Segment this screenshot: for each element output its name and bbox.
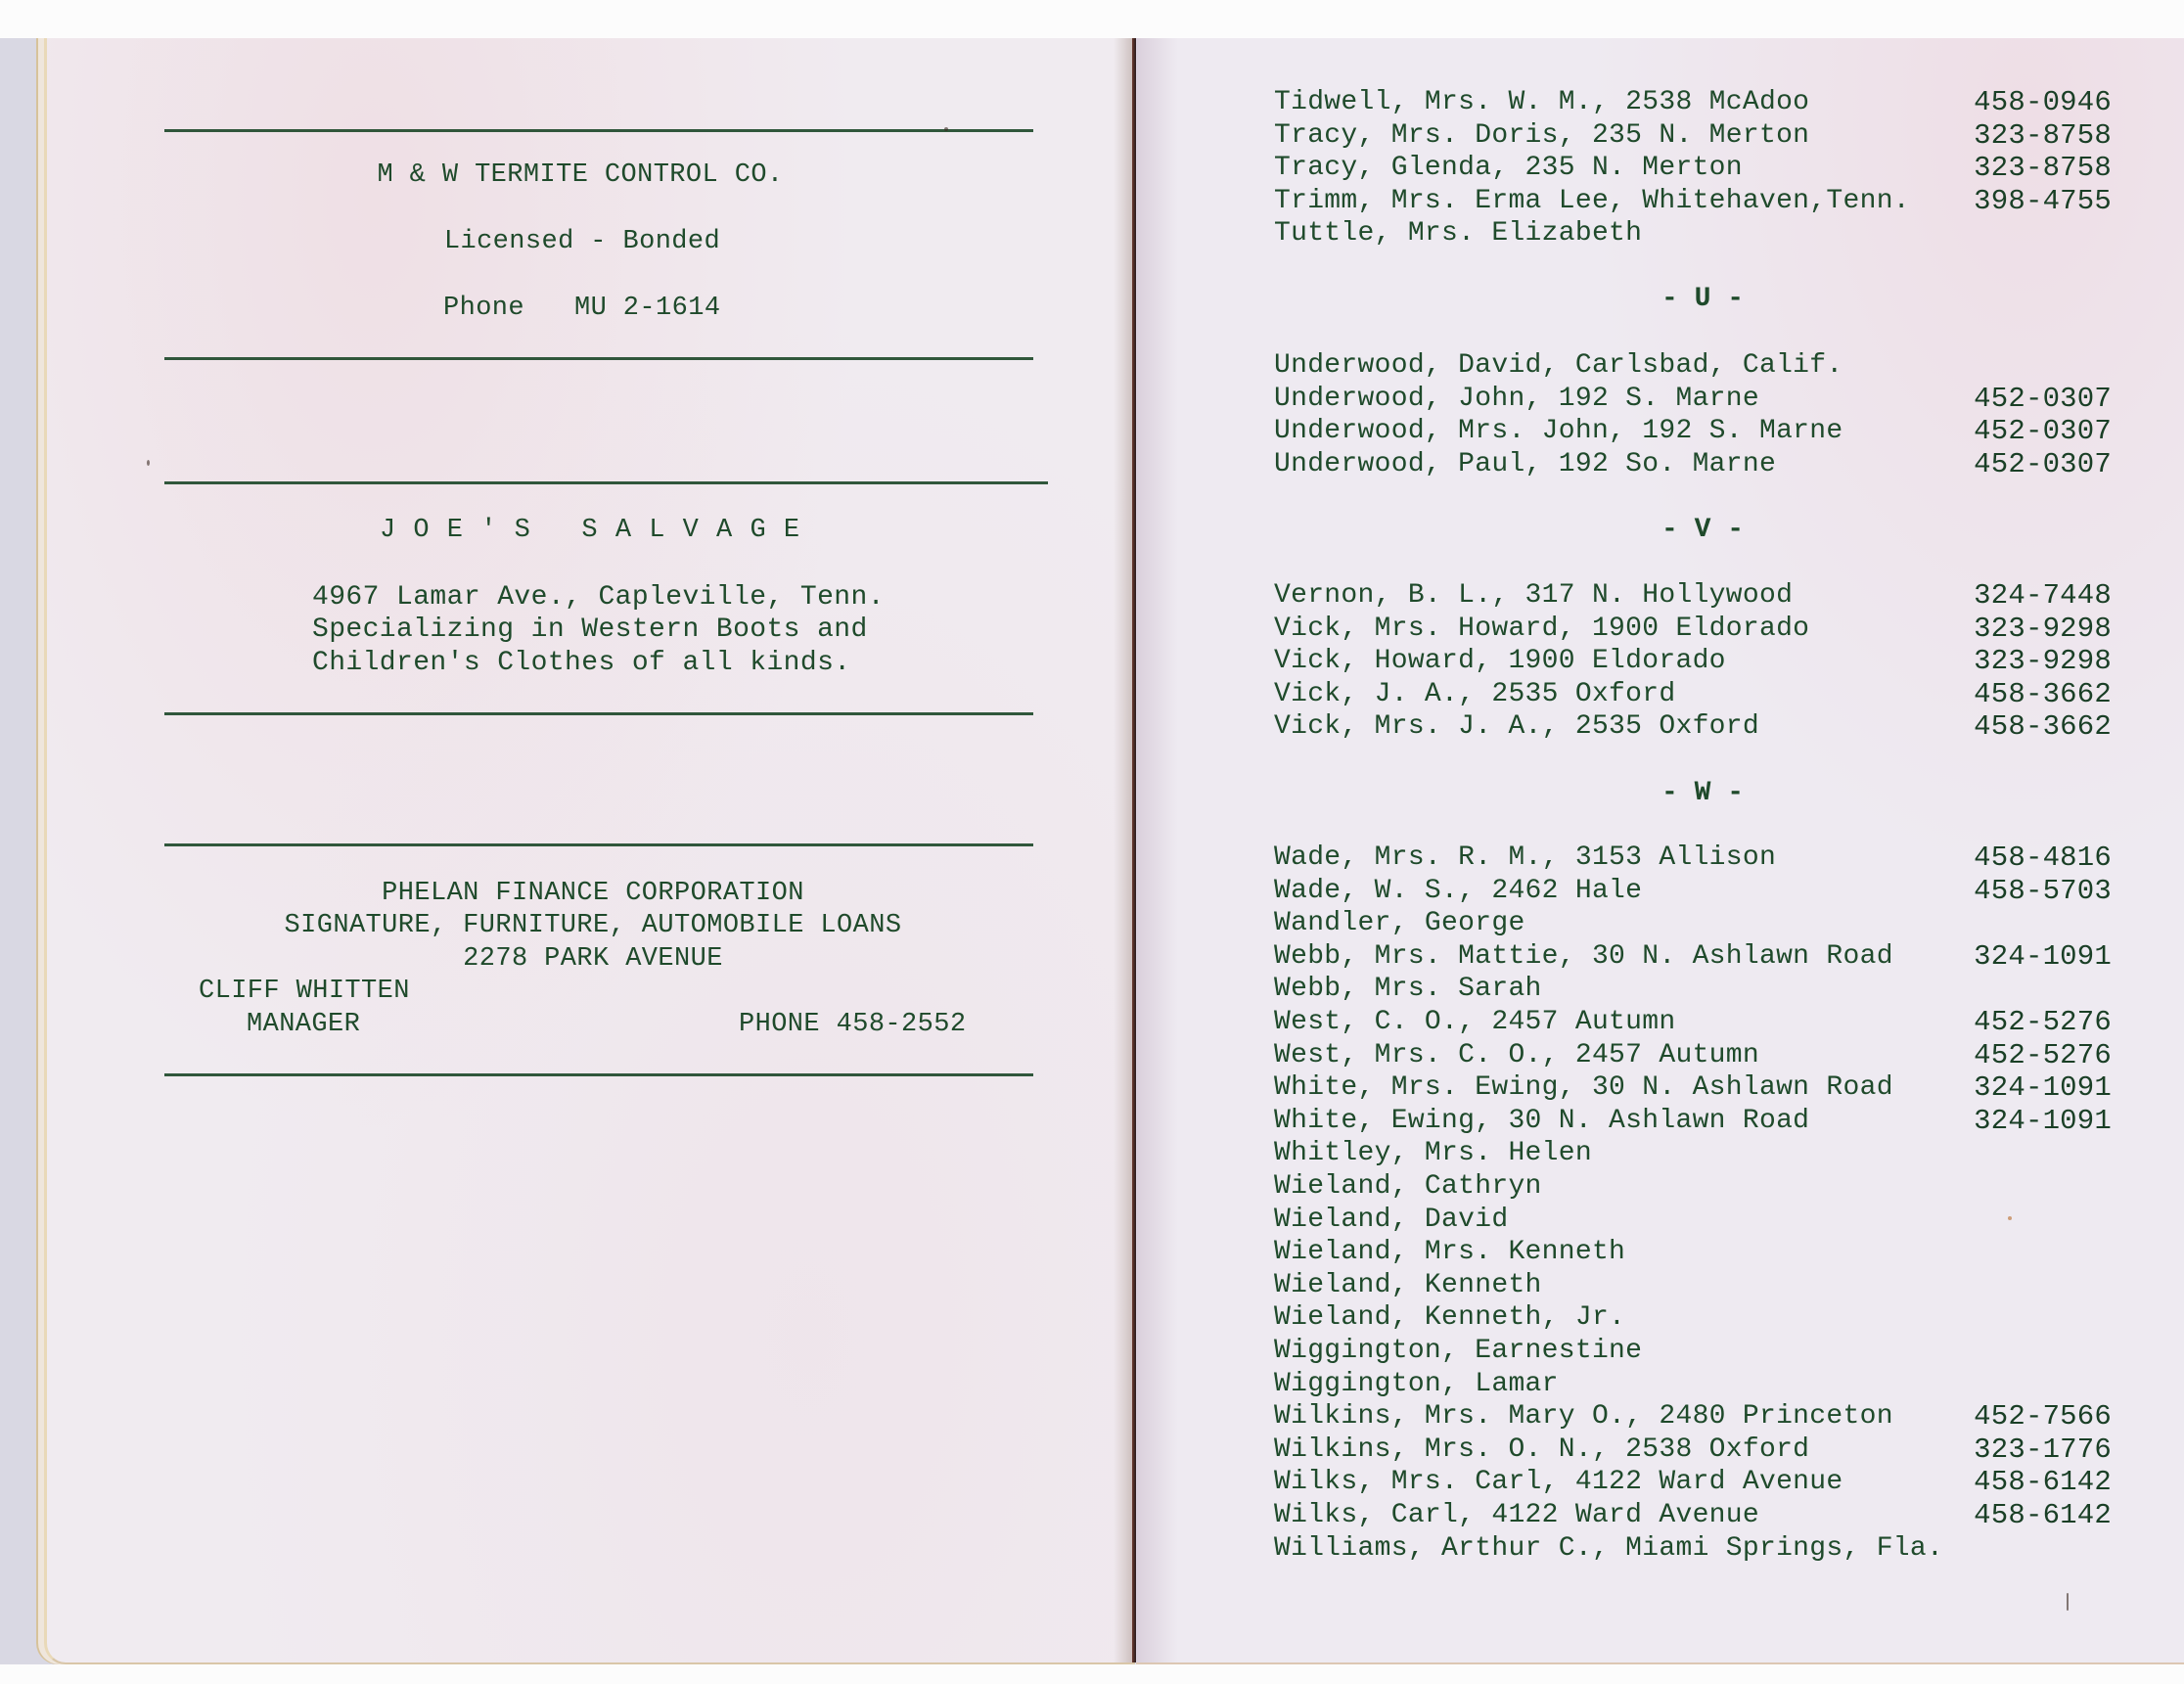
entry-name-address: Tracy, Mrs. Doris, 235 N. Merton: [1274, 121, 1809, 151]
entry-phone: 324-1091: [1974, 1073, 2112, 1103]
entry-phone: 323-9298: [1974, 647, 2112, 676]
directory-entry: Vernon, B. L., 317 N. Hollywood324-7448: [1274, 581, 2112, 614]
directory-entry: Vick, J. A., 2535 Oxford458-3662: [1274, 680, 2112, 713]
entry-name-address: Tidwell, Mrs. W. M., 2538 McAdoo: [1274, 88, 1809, 117]
directory-entry: Trimm, Mrs. Erma Lee, Whitehaven,Tenn.39…: [1274, 187, 2112, 220]
directory-entry: Vick, Mrs. J. A., 2535 Oxford458-3662: [1274, 712, 2112, 746]
directory-entry: Vick, Howard, 1900 Eldorado323-9298: [1274, 647, 2112, 680]
ad-phone: PHONE 458-2552: [739, 1012, 966, 1038]
divider-rule: [164, 481, 1048, 484]
entry-phone: 458-6142: [1974, 1468, 2112, 1497]
directory-entry: Underwood, Mrs. John, 192 S. Marne452-03…: [1274, 417, 2112, 450]
directory-entry: Wade, Mrs. R. M., 3153 Allison458-4816: [1274, 843, 2112, 877]
entry-name-address: Underwood, Mrs. John, 192 S. Marne: [1274, 417, 1843, 446]
directory-entry: Wieland, Kenneth, Jr.: [1274, 1303, 2112, 1337]
section-letter-heading: - W -: [1661, 779, 1744, 808]
directory-entry: Vick, Mrs. Howard, 1900 Eldorado323-9298: [1274, 614, 2112, 648]
directory-entry: West, Mrs. C. O., 2457 Autumn452-5276: [1274, 1041, 2112, 1074]
ad-address: 2278 PARK AVENUE: [463, 946, 723, 973]
directory-entry: Wilks, Mrs. Carl, 4122 Ward Avenue458-61…: [1274, 1468, 2112, 1501]
ink-speck: [2067, 1593, 2069, 1611]
entry-phone: 458-5703: [1974, 877, 2112, 906]
entry-phone: 452-0307: [1974, 385, 2112, 414]
entry-name-address: Wandler, George: [1274, 909, 1525, 938]
entry-name-address: Tracy, Glenda, 235 N. Merton: [1274, 154, 1743, 183]
entry-phone: 452-0307: [1974, 417, 2112, 446]
directory-entry: Tracy, Mrs. Doris, 235 N. Merton323-8758: [1274, 121, 2112, 155]
directory-entry: Wiggington, Lamar: [1274, 1370, 2112, 1403]
directory-entry: Whitley, Mrs. Helen: [1274, 1139, 2112, 1172]
ink-speck: [944, 127, 948, 131]
entry-name-address: West, C. O., 2457 Autumn: [1274, 1008, 1675, 1037]
directory-entry: Underwood, David, Carlsbad, Calif.: [1274, 351, 2112, 385]
directory-entry: Wieland, Cathryn: [1274, 1172, 2112, 1206]
ad-business-name: M & W TERMITE CONTROL CO.: [377, 162, 783, 189]
directory-entry: Wieland, Mrs. Kenneth: [1274, 1238, 2112, 1271]
entry-phone: 452-0307: [1974, 450, 2112, 479]
ad-phone-label: Phone: [443, 296, 524, 322]
entry-phone: 324-7448: [1974, 581, 2112, 611]
directory-entry: Underwood, Paul, 192 So. Marne452-0307: [1274, 450, 2112, 483]
entry-name-address: Vick, J. A., 2535 Oxford: [1274, 680, 1675, 709]
entry-name-address: Wiggington, Earnestine: [1274, 1337, 1642, 1366]
entry-name-address: Wilks, Carl, 4122 Ward Avenue: [1274, 1501, 1759, 1530]
entry-phone: 458-0946: [1974, 88, 2112, 117]
entry-name-address: Wilkins, Mrs. Mary O., 2480 Princeton: [1274, 1402, 1893, 1432]
entry-phone: 323-1776: [1974, 1435, 2112, 1465]
entry-name-address: Wieland, David: [1274, 1206, 1508, 1235]
ad-address: 4967 Lamar Ave., Capleville, Tenn.: [312, 584, 885, 611]
entry-name-address: Webb, Mrs. Sarah: [1274, 975, 1542, 1004]
directory-entry: Webb, Mrs. Mattie, 30 N. Ashlawn Road324…: [1274, 942, 2112, 976]
ink-speck: [2008, 1216, 2012, 1220]
entry-name-address: Williams, Arthur C., Miami Springs, Fla.: [1274, 1534, 1943, 1564]
directory-entry: Webb, Mrs. Sarah: [1274, 975, 2112, 1008]
entry-phone: 452-5276: [1974, 1041, 2112, 1070]
entry-phone: 458-6142: [1974, 1501, 2112, 1530]
section-letter-heading: - U -: [1661, 285, 1744, 314]
entry-phone: 324-1091: [1974, 1107, 2112, 1136]
entry-name-address: Whitley, Mrs. Helen: [1274, 1139, 1592, 1168]
divider-rule: [164, 712, 1033, 715]
entry-name-address: Vick, Mrs. Howard, 1900 Eldorado: [1274, 614, 1809, 644]
divider-rule: [164, 129, 1033, 132]
entry-name-address: Wilks, Mrs. Carl, 4122 Ward Avenue: [1274, 1468, 1843, 1497]
entry-name-address: Wade, W. S., 2462 Hale: [1274, 877, 1642, 906]
directory-entry: Wade, W. S., 2462 Hale458-5703: [1274, 877, 2112, 910]
entry-name-address: Wieland, Cathryn: [1274, 1172, 1542, 1202]
directory-entry: Wilkins, Mrs. Mary O., 2480 Princeton452…: [1274, 1402, 2112, 1435]
ad-description-line: Specializing in Western Boots and: [312, 616, 868, 643]
directory-entry: Tracy, Glenda, 235 N. Merton323-8758: [1274, 154, 2112, 187]
directory-entry: West, C. O., 2457 Autumn452-5276: [1274, 1008, 2112, 1041]
entry-phone: 323-9298: [1974, 614, 2112, 644]
entry-name-address: Wilkins, Mrs. O. N., 2538 Oxford: [1274, 1435, 1809, 1465]
entry-phone: 458-3662: [1974, 680, 2112, 709]
directory-entry: Wilks, Carl, 4122 Ward Avenue458-6142: [1274, 1501, 2112, 1534]
ad-description-line: Children's Clothes of all kinds.: [312, 650, 851, 676]
directory-entry: Wandler, George: [1274, 909, 2112, 942]
divider-rule: [164, 843, 1033, 846]
ad-phone: MU 2-1614: [574, 296, 720, 322]
section-letter-heading: - V -: [1661, 516, 1744, 545]
entry-name-address: White, Mrs. Ewing, 30 N. Ashlawn Road: [1274, 1073, 1893, 1103]
ad-contact-name: CLIFF WHITTEN: [199, 979, 410, 1005]
entry-name-address: White, Ewing, 30 N. Ashlawn Road: [1274, 1107, 1809, 1136]
entry-name-address: West, Mrs. C. O., 2457 Autumn: [1274, 1041, 1759, 1070]
entry-name-address: Underwood, John, 192 S. Marne: [1274, 385, 1759, 414]
directory-entry: Williams, Arthur C., Miami Springs, Fla.: [1274, 1534, 2112, 1568]
divider-rule: [164, 357, 1033, 360]
left-page: [44, 38, 1135, 1664]
directory-entry: Wieland, David: [1274, 1206, 2112, 1239]
directory-entry: Wiggington, Earnestine: [1274, 1337, 2112, 1370]
ink-speck: [147, 460, 150, 466]
entry-phone: 323-8758: [1974, 154, 2112, 183]
entry-phone: 458-3662: [1974, 712, 2112, 742]
entry-name-address: Vick, Howard, 1900 Eldorado: [1274, 647, 1726, 676]
entry-name-address: Vernon, B. L., 317 N. Hollywood: [1274, 581, 1793, 611]
entry-name-address: Underwood, David, Carlsbad, Calif.: [1274, 351, 1843, 381]
directory-entry: Tuttle, Mrs. Elizabeth: [1274, 219, 2112, 252]
entry-name-address: Wiggington, Lamar: [1274, 1370, 1559, 1399]
directory-entry: Wieland, Kenneth: [1274, 1271, 2112, 1304]
entry-phone: 323-8758: [1974, 121, 2112, 151]
entry-name-address: Underwood, Paul, 192 So. Marne: [1274, 450, 1776, 479]
entry-name-address: Wieland, Mrs. Kenneth: [1274, 1238, 1625, 1267]
entry-phone: 458-4816: [1974, 843, 2112, 873]
entry-name-address: Wieland, Kenneth, Jr.: [1274, 1303, 1625, 1333]
directory-entry: White, Mrs. Ewing, 30 N. Ashlawn Road324…: [1274, 1073, 2112, 1107]
entry-phone: 452-5276: [1974, 1008, 2112, 1037]
ad-contact-title: MANAGER: [247, 1012, 360, 1038]
entry-phone: 452-7566: [1974, 1402, 2112, 1432]
divider-rule: [164, 1073, 1033, 1076]
directory-entry: Tidwell, Mrs. W. M., 2538 McAdoo458-0946: [1274, 88, 2112, 121]
entry-name-address: Webb, Mrs. Mattie, 30 N. Ashlawn Road: [1274, 942, 1893, 972]
entry-phone: 398-4755: [1974, 187, 2112, 216]
directory-entry: White, Ewing, 30 N. Ashlawn Road324-1091: [1274, 1107, 2112, 1140]
directory-entry: Underwood, John, 192 S. Marne452-0307: [1274, 385, 2112, 418]
directory-entry: Wilkins, Mrs. O. N., 2538 Oxford323-1776: [1274, 1435, 2112, 1469]
ad-business-name: J O E ' S S A L V A G E: [380, 518, 800, 544]
entry-name-address: Wade, Mrs. R. M., 3153 Allison: [1274, 843, 1776, 873]
ad-services: SIGNATURE, FURNITURE, AUTOMOBILE LOANS: [285, 913, 902, 939]
entry-phone: 324-1091: [1974, 942, 2112, 972]
entry-name-address: Wieland, Kenneth: [1274, 1271, 1542, 1300]
ad-business-name: PHELAN FINANCE CORPORATION: [382, 881, 804, 907]
ad-tagline: Licensed - Bonded: [444, 229, 720, 255]
entry-name-address: Tuttle, Mrs. Elizabeth: [1274, 219, 1642, 249]
entry-name-address: Trimm, Mrs. Erma Lee, Whitehaven,Tenn.: [1274, 187, 1910, 216]
entry-name-address: Vick, Mrs. J. A., 2535 Oxford: [1274, 712, 1759, 742]
